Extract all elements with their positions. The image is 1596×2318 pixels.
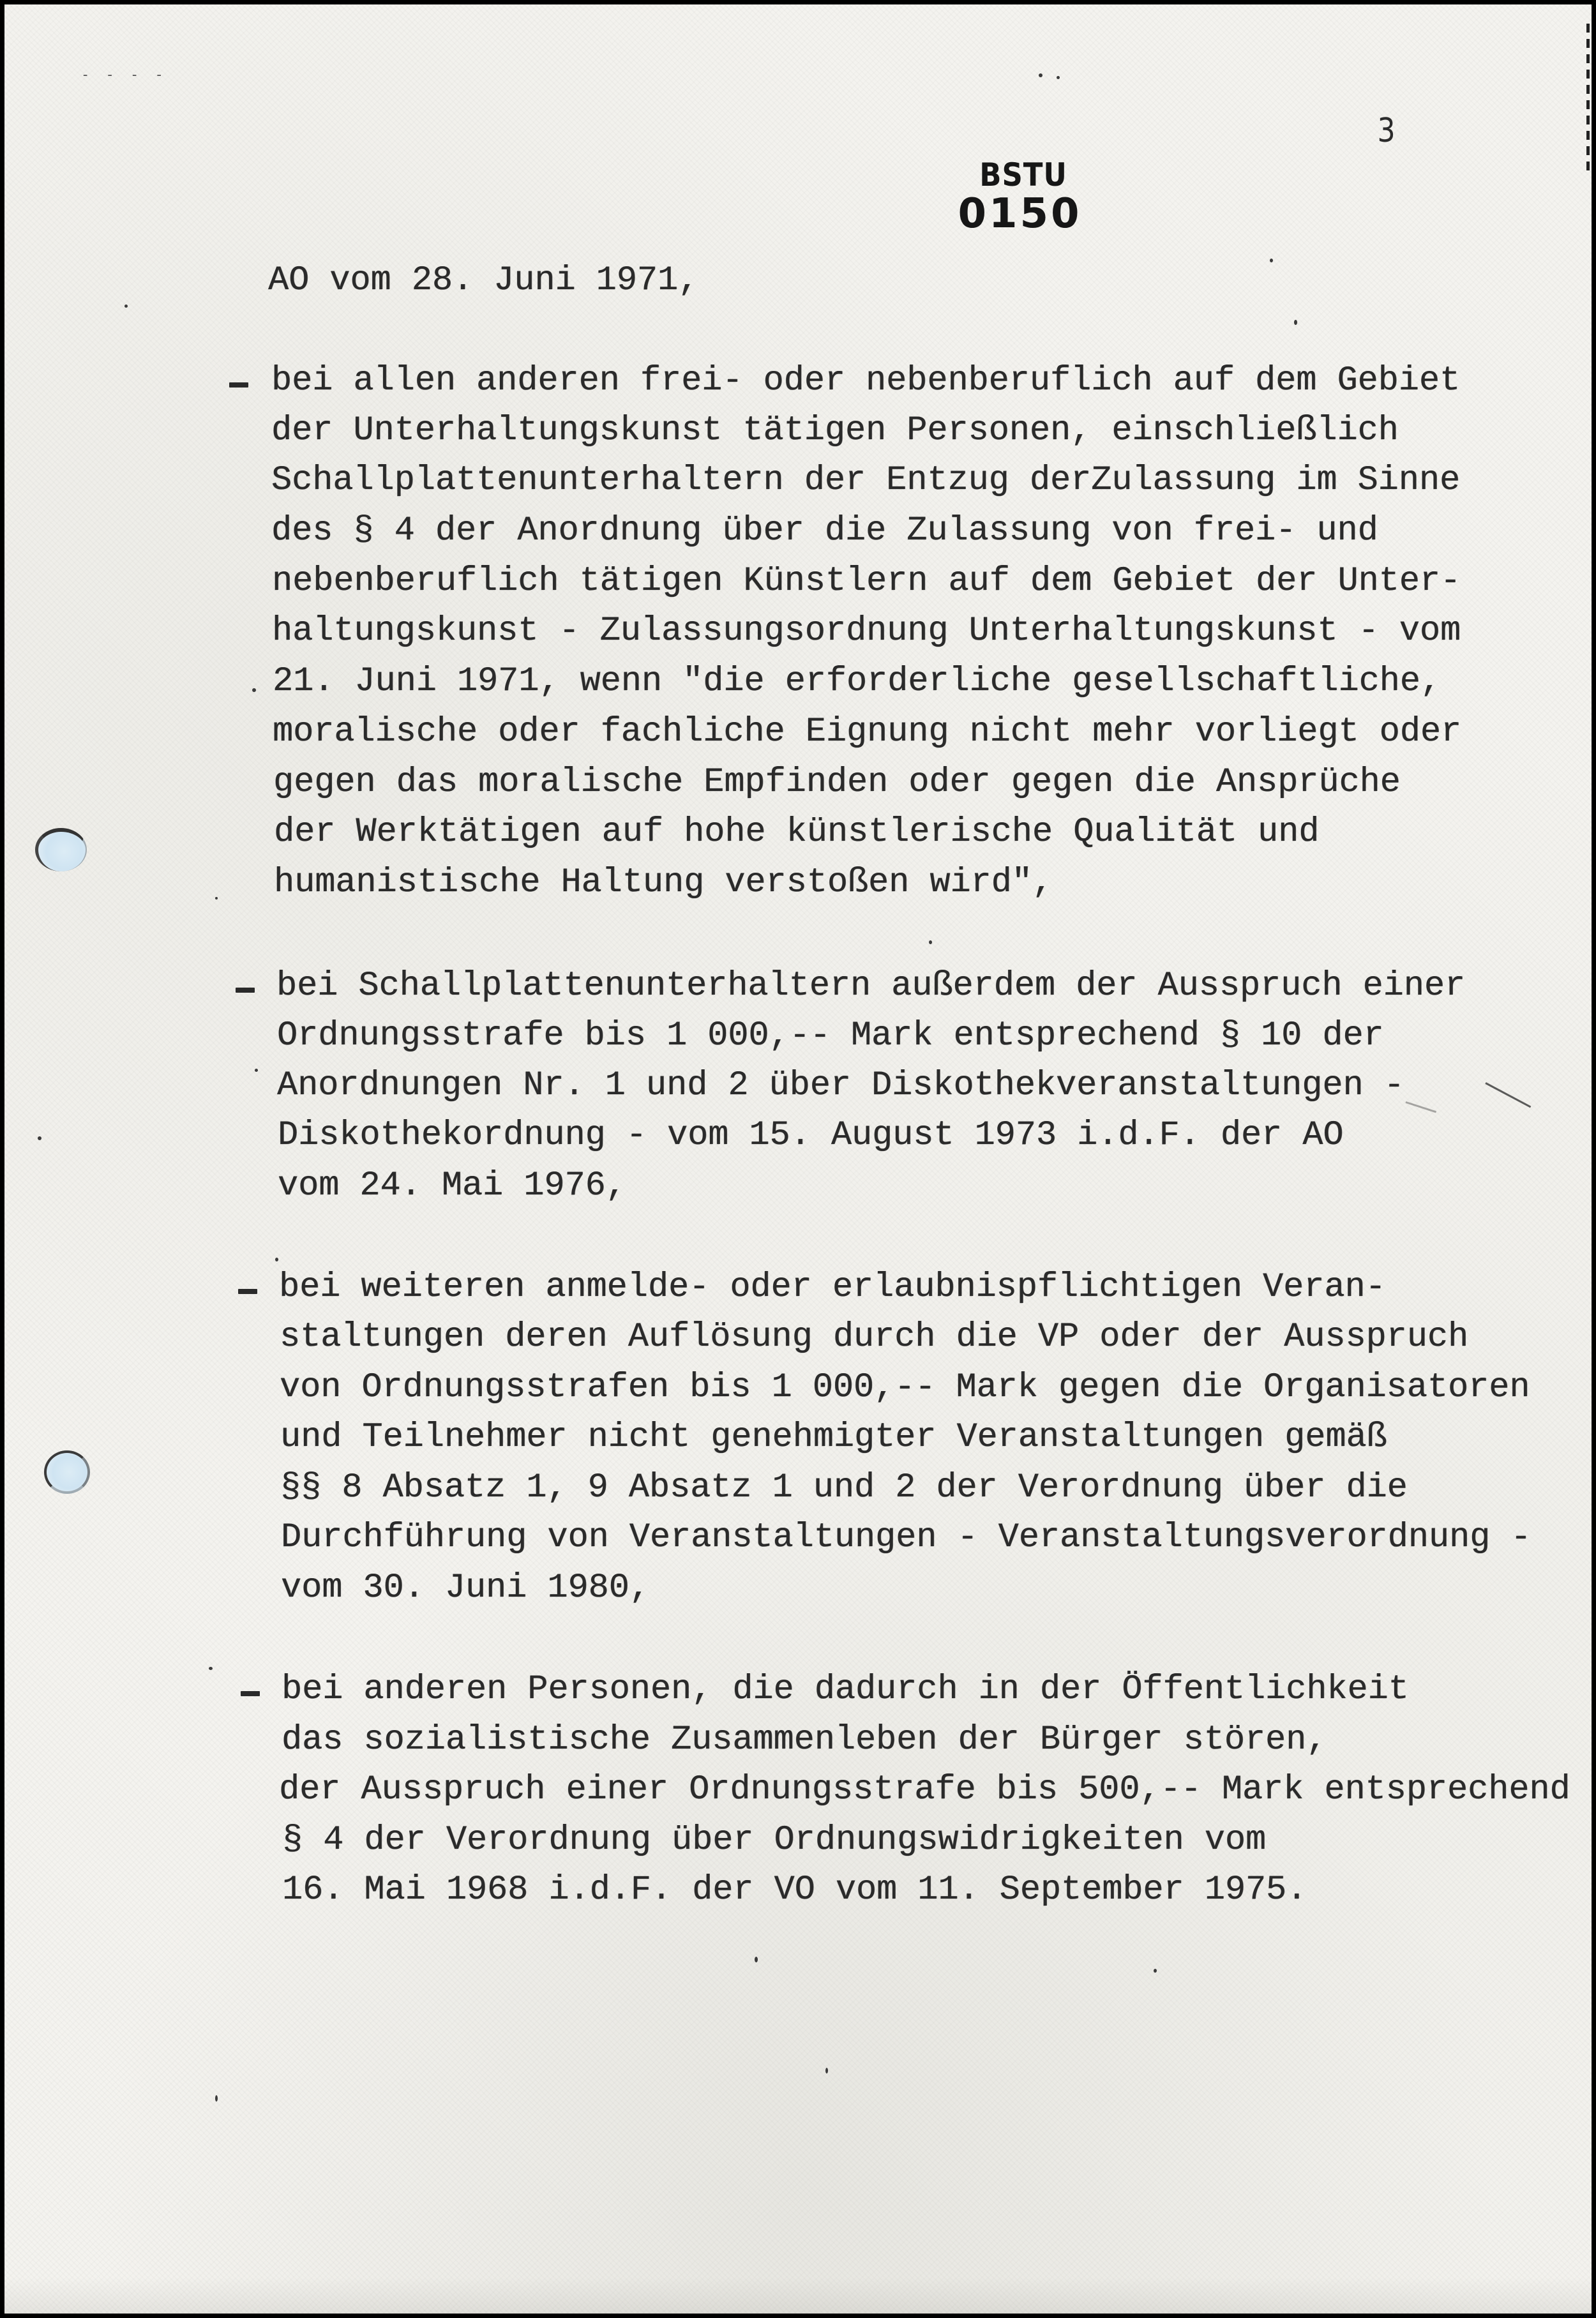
scan-speck bbox=[252, 688, 256, 692]
scan-speck bbox=[1294, 320, 1297, 325]
bullet-dash bbox=[229, 382, 248, 388]
paragraph-line: 16. Mai 1968 i.d.F. der VO vom 11. Septe… bbox=[282, 1871, 1307, 1909]
paragraph-line: § 4 der Verordnung über Ordnungswidrigke… bbox=[282, 1821, 1266, 1860]
paragraph-line: der Ausspruch einer Ordnungsstrafe bis 5… bbox=[279, 1771, 1570, 1809]
scan-speck bbox=[1270, 259, 1273, 262]
paragraph-line: §§ 8 Absatz 1, 9 Absatz 1 und 2 der Vero… bbox=[280, 1469, 1408, 1507]
paragraph-line: der Unterhaltungskunst tätigen Personen,… bbox=[271, 412, 1399, 450]
scan-speck bbox=[1057, 76, 1060, 79]
scan-speck bbox=[755, 1957, 758, 1962]
paragraph-line: und Teilnehmer nicht genehmigter Veranst… bbox=[280, 1419, 1387, 1457]
bullet-dash bbox=[236, 988, 255, 993]
punch-hole-icon bbox=[35, 828, 87, 871]
paragraph-line: nebenberuflich tätigen Künstlern auf dem… bbox=[272, 562, 1461, 601]
paragraph-line: moralische oder fachliche Eignung nicht … bbox=[273, 713, 1461, 751]
paragraph-line: bei anderen Personen, die dadurch in der… bbox=[282, 1671, 1409, 1709]
scan-speck bbox=[215, 897, 218, 899]
paragraph-line: Ordnungsstrafe bis 1 000,-- Mark entspre… bbox=[277, 1017, 1384, 1055]
scan-speck bbox=[929, 940, 932, 944]
scan-speck bbox=[209, 1667, 213, 1670]
archive-stamp-number: 0150 bbox=[951, 193, 1088, 235]
paragraph-line: Anordnungen Nr. 1 und 2 über Diskothekve… bbox=[277, 1067, 1404, 1105]
paragraph-line: der Werktätigen auf hohe künstlerische Q… bbox=[274, 813, 1319, 852]
paragraph-line: des § 4 der Anordnung über die Zulassung… bbox=[271, 512, 1378, 550]
punch-hole-icon bbox=[44, 1450, 90, 1494]
scan-speck bbox=[255, 1069, 258, 1072]
scan-shadow bbox=[4, 2277, 1592, 2314]
stray-pen-mark bbox=[1485, 1082, 1531, 1108]
scan-speck bbox=[1154, 1969, 1157, 1973]
scan-speck bbox=[38, 1136, 41, 1140]
scan-speck bbox=[825, 2068, 828, 2073]
scan-edge-artifact bbox=[1586, 24, 1590, 177]
paragraph-line: bei weiteren anmelde- oder erlaubnispfli… bbox=[279, 1268, 1386, 1307]
bullet-dash bbox=[238, 1289, 257, 1294]
paragraph-line: Durchführung von Veranstaltungen - Veran… bbox=[281, 1519, 1531, 1557]
paragraph-line: humanistische Haltung verstoßen wird", bbox=[274, 864, 1053, 902]
paragraph-line: vom 30. Juni 1980, bbox=[281, 1569, 650, 1607]
bullet-dash bbox=[241, 1691, 260, 1696]
paragraph-line: bei allen anderen frei- oder nebenberufl… bbox=[271, 362, 1460, 400]
paragraph-line: gegen das moralische Empfinden oder gege… bbox=[273, 764, 1401, 802]
corner-marks: - - - - bbox=[81, 67, 167, 83]
stray-pen-mark bbox=[1406, 1101, 1436, 1113]
paragraph-line: Schallplattenunterhaltern der Entzug der… bbox=[271, 462, 1460, 500]
scan-speck bbox=[124, 305, 128, 308]
paragraph-line: vom 24. Mai 1976, bbox=[278, 1167, 626, 1205]
paragraph-line: Diskothekordnung - vom 15. August 1973 i… bbox=[278, 1117, 1343, 1155]
paragraph-line: staltungen deren Auflösung durch die VP … bbox=[280, 1318, 1468, 1357]
page-number: 3 bbox=[1377, 112, 1395, 150]
paragraph-line: haltungskunst - Zulassungsordnung Unterh… bbox=[272, 612, 1461, 651]
paragraph-line: bei Schallplattenunterhaltern außerdem d… bbox=[276, 967, 1465, 1005]
intro-line: AO vom 28. Juni 1971, bbox=[268, 262, 698, 300]
scan-speck bbox=[215, 2095, 218, 2102]
scan-speck bbox=[275, 1258, 278, 1261]
paragraph-line: das sozialistische Zusammenleben der Bür… bbox=[282, 1721, 1327, 1759]
archive-stamp-label: BSTU bbox=[979, 158, 1063, 193]
paragraph-line: 21. Juni 1971, wenn "die erforderliche g… bbox=[273, 663, 1441, 701]
paragraph-line: von Ordnungsstrafen bis 1 000,-- Mark ge… bbox=[280, 1369, 1530, 1407]
scanned-document-page: - - - - 3 BSTU 0150 AO vom 28. Juni 1971… bbox=[4, 4, 1592, 2314]
scan-speck bbox=[1039, 73, 1043, 77]
